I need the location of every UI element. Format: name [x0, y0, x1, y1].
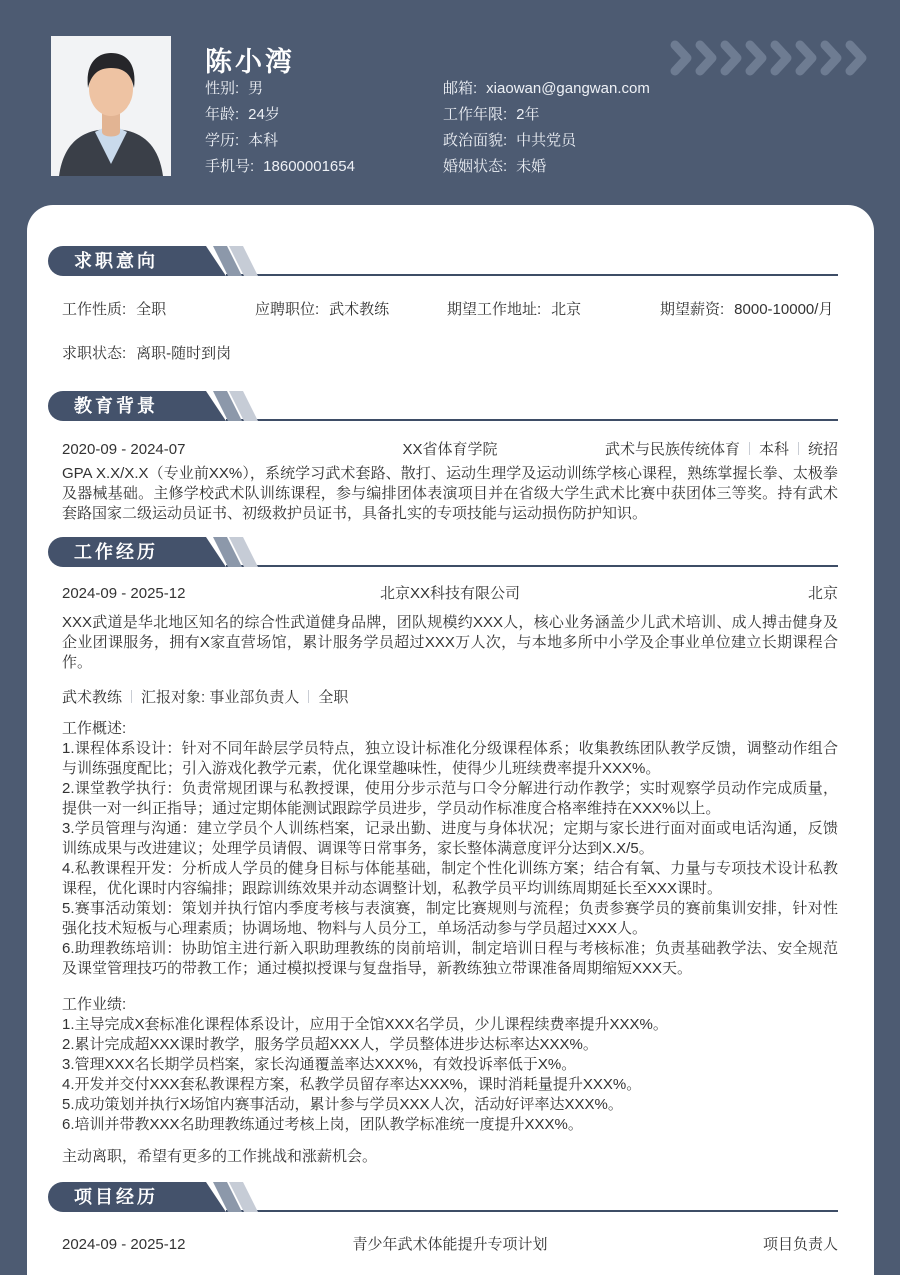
education-body: 2020-09 - 2024-07 XX省体育学院 武术与民族传统体育本科统招 …	[62, 439, 838, 524]
work-achievements: 工作业绩: 1.主导完成X套标准化课程体系设计，应用于全馆XXX名学员，少儿课程…	[62, 995, 838, 1135]
work-achievement-item: 3.管理XXX名长期学员档案，家长沟通覆盖率达XXX%，有效投诉率低于X%。	[62, 1055, 838, 1075]
profile-field-phone: 手机号:18600001654	[205, 154, 443, 180]
divider	[131, 690, 132, 703]
profile-photo	[51, 36, 171, 176]
work-achievement-item: 5.成功策划并执行X场馆内赛事活动，累计参与学员XXX人次，活动好评率达XXX%…	[62, 1095, 838, 1115]
profile-field-gender: 性别:男	[205, 76, 443, 102]
profile-details-left: 性别:男 年龄:24岁 学历:本科 手机号:18600001654	[205, 76, 443, 180]
section-header-education: 教育背景	[48, 389, 838, 421]
section-title: 教育背景	[74, 391, 158, 421]
work-overview-title: 工作概述:	[62, 719, 838, 739]
work-overview-item: 1.课程体系设计：针对不同年龄层学员特点，独立设计标准化分级课程体系；收集教练团…	[62, 739, 838, 779]
divider	[798, 442, 799, 455]
section-banner: 教育背景	[48, 391, 270, 421]
work-job-type: 全职	[318, 689, 348, 706]
section-banner: 工作经历	[48, 537, 270, 567]
education-major: 武术与民族传统体育	[605, 441, 740, 458]
project-period: 2024-09 - 2025-12	[62, 1234, 305, 1256]
chevron-right-icons	[670, 40, 870, 76]
work-period: 2024-09 - 2025-12	[62, 583, 305, 605]
profile-field-marital-status: 婚姻状态:未婚	[443, 154, 650, 180]
profile-field-political-status: 政治面貌:中共党员	[443, 128, 650, 154]
work-role: 武术教练	[62, 689, 122, 706]
resume-page: 陈小湾 性别:男 年龄:24岁 学历:本科 手机号:18600001654 邮箱…	[0, 0, 900, 1275]
work-entry-row: 2024-09 - 2025-12 北京XX科技有限公司 北京	[62, 583, 838, 605]
work-overview-item: 3.学员管理与沟通：建立学员个人训练档案，记录出勤、进度与身体状况；定期与家长进…	[62, 819, 838, 859]
work-achievement-item: 6.培训并带教XXX名助理教练通过考核上岗，团队教学标准统一度提升XXX%。	[62, 1115, 838, 1135]
leave-reason: 主动离职，希望有更多的工作挑战和涨薪机会。	[62, 1147, 838, 1167]
education-meta: 武术与民族传统体育本科统招	[596, 439, 839, 461]
project-entry-row: 2024-09 - 2025-12 青少年武术体能提升专项计划 项目负责人	[62, 1234, 838, 1256]
work-overview-item: 2.课堂教学执行：负责常规团课与私教授课，使用分步示范与口令分解进行动作教学；实…	[62, 779, 838, 819]
work-role-line: 武术教练汇报对象: 事业部负责人全职	[62, 687, 838, 709]
company-intro: XXX武道是华北地区知名的综合性武道健身品牌，团队规模约XXX人，核心业务涵盖少…	[62, 613, 838, 673]
work-overview-item: 4.私教课程开发：分析成人学员的健身目标与体能基础，制定个性化训练方案；结合有氧…	[62, 859, 838, 899]
field-target-location: 期望工作地址:北京	[447, 299, 660, 321]
profile-field-email: 邮箱:xiaowan@gangwan.com	[443, 76, 650, 102]
section-rule	[226, 274, 838, 276]
work-location: 北京	[596, 583, 839, 605]
section-title: 项目经历	[74, 1182, 158, 1212]
work-achievements-title: 工作业绩:	[62, 995, 838, 1015]
profile-details-right: 邮箱:xiaowan@gangwan.com 工作年限:2年 政治面貌:中共党员…	[443, 76, 650, 180]
section-header-work: 工作经历	[48, 535, 838, 567]
section-rule	[226, 565, 838, 567]
work-company: 北京XX科技有限公司	[305, 583, 596, 605]
field-target-position: 应聘职位:武术教练	[255, 299, 447, 321]
section-banner: 求职意向	[48, 246, 270, 276]
education-admission: 统招	[808, 441, 838, 458]
field-work-type: 工作性质:全职	[62, 299, 255, 321]
education-description: GPA X.X/X.X（专业前XX%），系统学习武术套路、散打、运动生理学及运动…	[62, 464, 838, 524]
field-expected-salary: 期望薪资:8000-10000/月	[660, 299, 838, 321]
job-intent-body: 工作性质:全职 应聘职位:武术教练 期望工作地址:北京 期望薪资:8000-10…	[62, 299, 838, 365]
project-name: 青少年武术体能提升专项计划	[305, 1234, 596, 1256]
section-banner: 项目经历	[48, 1182, 270, 1212]
education-entry-row: 2020-09 - 2024-07 XX省体育学院 武术与民族传统体育本科统招	[62, 439, 838, 461]
work-achievement-item: 2.累计完成超XXX课时教学，服务学员超XXX人，学员整体进步达标率达XXX%。	[62, 1035, 838, 1055]
work-report-to: 汇报对象: 事业部负责人	[141, 689, 299, 706]
work-overview-item: 5.赛事活动策划：策划并执行馆内季度考核与表演赛，制定比赛规则与流程；负责参赛学…	[62, 899, 838, 939]
divider	[749, 442, 750, 455]
section-header-project: 项目经历	[48, 1180, 838, 1212]
project-role: 项目负责人	[596, 1234, 839, 1256]
education-period: 2020-09 - 2024-07	[62, 439, 305, 461]
education-school: XX省体育学院	[305, 439, 596, 461]
portrait-placeholder-image	[51, 36, 171, 176]
work-overview: 工作概述: 1.课程体系设计：针对不同年龄层学员特点，独立设计标准化分级课程体系…	[62, 719, 838, 979]
project-body: 2024-09 - 2025-12 青少年武术体能提升专项计划 项目负责人	[62, 1234, 838, 1256]
section-rule	[226, 419, 838, 421]
work-achievement-item: 4.开发并交付XXX套私教课程方案，私教学员留存率达XXX%，课时消耗量提升XX…	[62, 1075, 838, 1095]
profile-field-experience-years: 工作年限:2年	[443, 102, 650, 128]
work-achievement-item: 1.主导完成X套标准化课程体系设计，应用于全馆XXX名学员，少儿课程续费率提升X…	[62, 1015, 838, 1035]
work-body: 2024-09 - 2025-12 北京XX科技有限公司 北京 XXX武道是华北…	[62, 583, 838, 1167]
field-job-status: 求职状态:离职-随时到岗	[62, 343, 838, 365]
resume-card: 求职意向 工作性质:全职 应聘职位:武术教练 期望工作地址:北京 期望薪资:80…	[27, 205, 874, 1275]
section-header-job-intent: 求职意向	[48, 244, 838, 276]
job-intent-row: 工作性质:全职 应聘职位:武术教练 期望工作地址:北京 期望薪资:8000-10…	[62, 299, 838, 321]
profile-field-age: 年龄:24岁	[205, 102, 443, 128]
profile-field-education: 学历:本科	[205, 128, 443, 154]
work-overview-item: 6.助理教练培训：协助馆主进行新入职助理教练的岗前培训，制定培训日程与考核标准；…	[62, 939, 838, 979]
profile-details: 性别:男 年龄:24岁 学历:本科 手机号:18600001654 邮箱:xia…	[205, 76, 650, 180]
section-title: 工作经历	[74, 537, 158, 567]
education-degree: 本科	[759, 441, 789, 458]
section-rule	[226, 1210, 838, 1212]
section-title: 求职意向	[74, 246, 158, 276]
candidate-name: 陈小湾	[205, 40, 295, 79]
divider	[308, 690, 309, 703]
